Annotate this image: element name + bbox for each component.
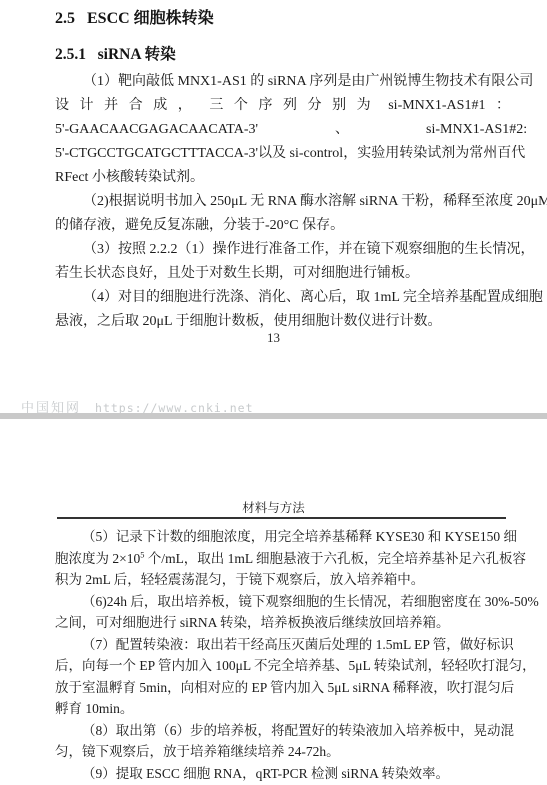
paragraph-line: 积为 2mL 后，轻轻震荡混匀，于镜下观察后，放入培养箱中。	[55, 569, 512, 591]
paragraph-line: （6)24h 后，取出培养板，镜下观察细胞的生长情况，若细胞密度在 30%-50…	[55, 591, 512, 613]
header-rule	[57, 517, 506, 519]
paragraph-line: 5'-CTGCCTGCATGCTTTACCA-3'以及 si-control，实…	[55, 142, 510, 166]
line-text-pre: 胞浓度为 2×10	[55, 551, 140, 566]
paragraph-line: （2)根据说明书加入 250μL 无 RNA 酶水溶解 siRNA 干粉，稀释至…	[55, 190, 510, 214]
paragraph-line: 匀，镜下观察后，放于培养箱继续培养 24-72h。	[55, 741, 512, 763]
paragraph-line: 的储存液，避免反复冻融，分装于-20°C 保存。	[55, 214, 510, 238]
paragraph-line: 若生长状态良好，且处于对数生长期，可对细胞进行铺板。	[55, 262, 510, 286]
paragraph-line: （4）对目的细胞进行洗涤、消化、离心后，取 1mL 完全培养基配置成细胞	[55, 286, 510, 310]
page1-body: （1）靶向敲低 MNX1-AS1 的 siRNA 序列是由广州锐博生物技术有限公…	[55, 70, 510, 334]
paragraph-line: 孵育 10min。	[55, 698, 512, 720]
paragraph-line: RFect 小核酸转染试剂。	[55, 166, 510, 190]
paragraph-line: （3）按照 2.2.2（1）操作进行准备工作，并在镜下观察细胞的生长情况，	[55, 238, 510, 262]
running-header: 材料与方法	[0, 498, 547, 516]
paragraph-line: （7）配置转染液：取出若干经高压灭菌后处理的 1.5mL EP 管，做好标识	[55, 634, 512, 656]
document-viewer: 2.5 ESCC 细胞株转染 2.5.1 siRNA 转染 （1）靶向敲低 MN…	[0, 0, 547, 785]
paragraph-line: （5）记录下计数的细胞浓度，用完全培养基稀释 KYSE30 和 KYSE150 …	[55, 526, 512, 548]
paragraph-line: （1）靶向敲低 MNX1-AS1 的 siRNA 序列是由广州锐博生物技术有限公…	[55, 70, 510, 94]
page-number: 13	[0, 330, 547, 346]
paragraph-line: 胞浓度为 2×105 个/mL，取出 1mL 细胞悬液于六孔板，完全培养基补足六…	[55, 548, 512, 570]
paragraph-line: 后，向每一个 EP 管内加入 100μL 不完全培养基、5μL 转染试剂，轻轻吹…	[55, 655, 512, 677]
paragraph-line: 之间，可对细胞进行 siRNA 转染，培养板换液后继续放回培养箱。	[55, 612, 512, 634]
page2-body: （5）记录下计数的细胞浓度，用完全培养基稀释 KYSE30 和 KYSE150 …	[55, 526, 512, 784]
paragraph-line: （9）提取 ESCC 细胞 RNA，qRT-PCR 检测 siRNA 转染效率。	[55, 763, 512, 785]
subsection-heading: 2.5.1 siRNA 转染	[55, 44, 176, 66]
section-heading: 2.5 ESCC 细胞株转染	[55, 8, 214, 30]
paragraph-line: （8）取出第（6）步的培养板，将配置好的转染液加入培养板中，晃动混	[55, 720, 512, 742]
line-text-post: 个/mL，取出 1mL 细胞悬液于六孔板，完全培养基补足六孔板容	[144, 551, 526, 566]
paragraph-line: 5'-GAACAACGAGACAACATA-3' 、 si-MNX1-AS1#2…	[55, 118, 510, 142]
paragraph-line: 放于室温孵育 5min，向相对应的 EP 管内加入 5μL siRNA 稀释液，…	[55, 677, 512, 699]
paragraph-line: 设 计 并 合 成 ， 三 个 序 列 分 别 为 si-MNX1-AS1#1 …	[55, 94, 510, 118]
